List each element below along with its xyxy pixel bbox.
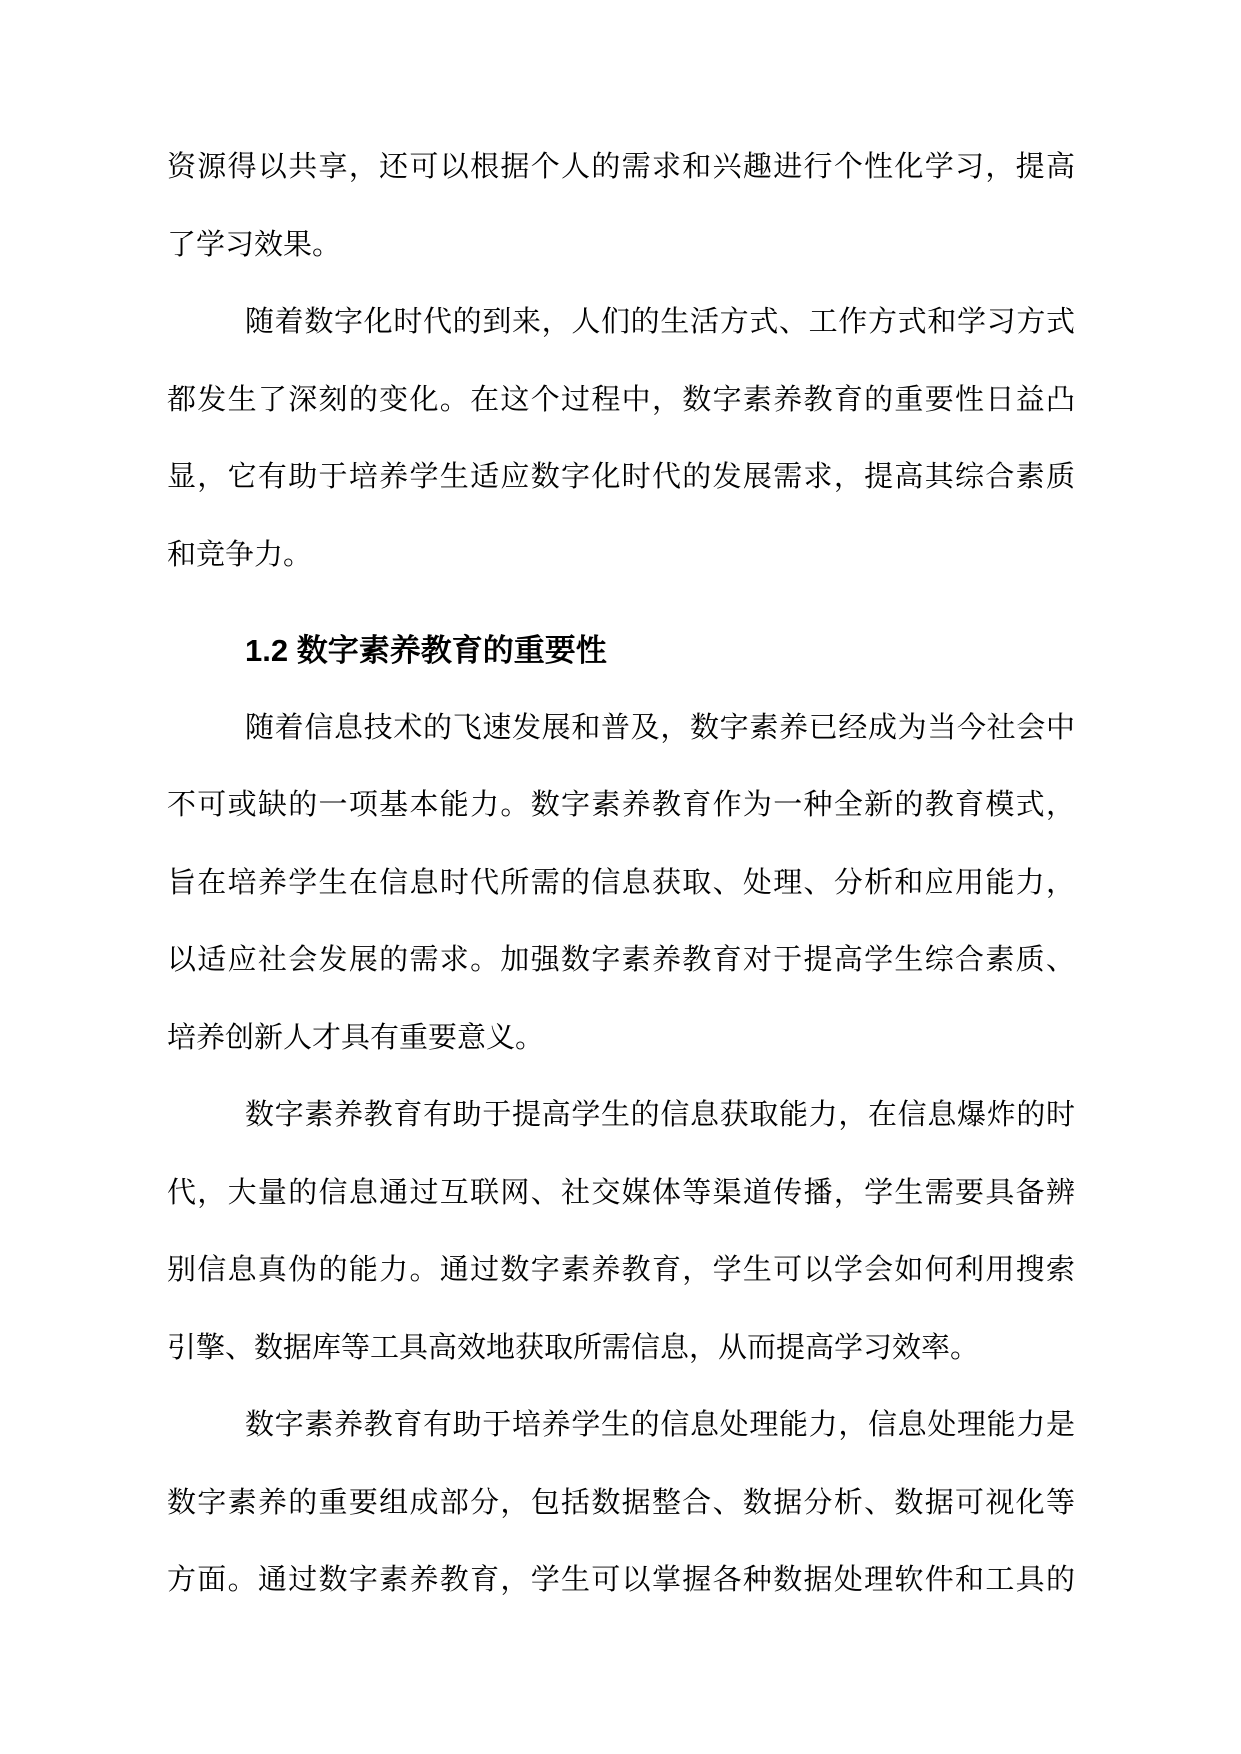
- text-line: 随着信息技术的飞速发展和普及，数字素养已经成为当今社会中: [167, 690, 1075, 768]
- text-line: 都发生了深刻的变化。在这个过程中，数字素养教育的重要性日益凸: [167, 362, 1075, 440]
- page-text-content: 资源得以共享，还可以根据个人的需求和兴趣进行个性化学习，提高 了学习效果。 随着…: [167, 129, 1075, 1620]
- text-line: 引擎、数据库等工具高效地获取所需信息，从而提高学习效率。: [167, 1310, 1075, 1388]
- text-line: 数字素养教育有助于培养学生的信息处理能力，信息处理能力是: [167, 1387, 1075, 1465]
- text-line: 和竞争力。: [167, 517, 1075, 595]
- text-line: 代，大量的信息通过互联网、社交媒体等渠道传播，学生需要具备辨: [167, 1155, 1075, 1233]
- text-line: 显，它有助于培养学生适应数字化时代的发展需求，提高其综合素质: [167, 439, 1075, 517]
- text-line: 数字素养的重要组成部分，包括数据整合、数据分析、数据可视化等: [167, 1465, 1075, 1543]
- text-line: 资源得以共享，还可以根据个人的需求和兴趣进行个性化学习，提高: [167, 129, 1075, 207]
- text-line: 方面。通过数字素养教育，学生可以掌握各种数据处理软件和工具的: [167, 1542, 1075, 1620]
- section-heading: 1.2 数字素养教育的重要性: [167, 612, 1075, 690]
- text-line: 数字素养教育有助于提高学生的信息获取能力，在信息爆炸的时: [167, 1077, 1075, 1155]
- text-line: 以适应社会发展的需求。加强数字素养教育对于提高学生综合素质、: [167, 922, 1075, 1000]
- text-line: 旨在培养学生在信息时代所需的信息获取、处理、分析和应用能力，: [167, 845, 1075, 923]
- text-line: 了学习效果。: [167, 207, 1075, 285]
- text-line: 培养创新人才具有重要意义。: [167, 1000, 1075, 1078]
- text-line: 别信息真伪的能力。通过数字素养教育，学生可以学会如何利用搜索: [167, 1232, 1075, 1310]
- text-line: 不可或缺的一项基本能力。数字素养教育作为一种全新的教育模式，: [167, 767, 1075, 845]
- text-line: 随着数字化时代的到来，人们的生活方式、工作方式和学习方式: [167, 284, 1075, 362]
- document-page: 资源得以共享，还可以根据个人的需求和兴趣进行个性化学习，提高 了学习效果。 随着…: [0, 0, 1241, 1754]
